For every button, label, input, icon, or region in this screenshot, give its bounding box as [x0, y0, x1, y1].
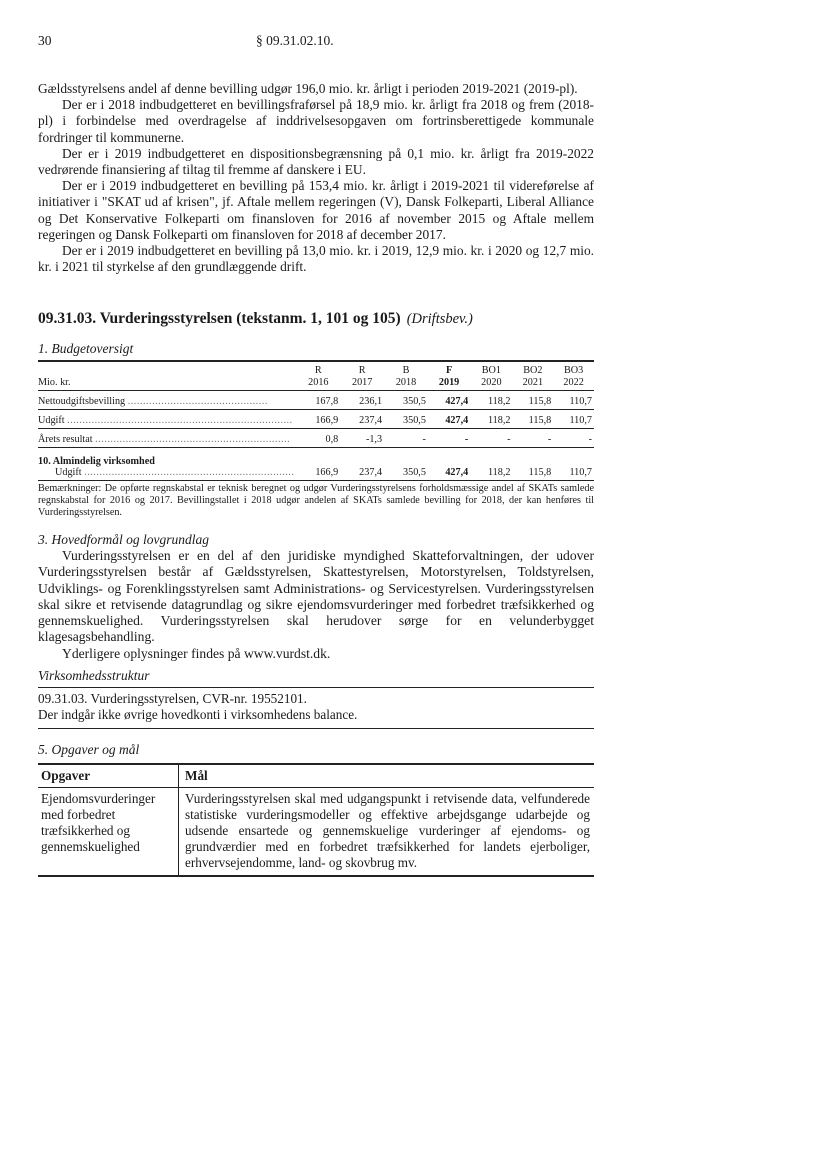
column-header: BO32022 [553, 361, 594, 391]
table-row-group: 10. Almindelig virksomhed Udgift .......… [38, 448, 594, 481]
cell-value: 118,2 [470, 448, 512, 481]
cell-value: 427,4 [428, 391, 470, 410]
structure-heading: Virksomhedsstruktur [38, 668, 150, 684]
group-title: 10. Almindelig virksomhed [38, 456, 294, 467]
cell-value: 236,1 [340, 391, 384, 410]
account-type-note: (Driftsbev.) [407, 311, 473, 327]
cell-value: - [512, 429, 553, 448]
intro-text: Gældsstyrelsens andel af denne bevilling… [38, 81, 594, 275]
cell-value: 350,5 [384, 391, 428, 410]
purpose-text: Vurderingsstyrelsen er en del af den jur… [38, 548, 594, 662]
budget-header-row: Mio. kr. R2016 R2017 B2018 F2019 BO12020… [38, 361, 594, 391]
table-row: Nettoudgiftsbevilling ..................… [38, 391, 594, 410]
cell-value: 427,4 [428, 410, 470, 429]
account-title: 09.31.03. Vurderingsstyrelsen (tekstanm.… [38, 310, 598, 328]
row-label: Årets resultat .........................… [38, 429, 296, 448]
task-cell: Ejendomsvurderinger med forbedret træfsi… [38, 788, 179, 877]
cell-value: 350,5 [384, 448, 428, 481]
structure-box: 09.31.03. Vurderingsstyrelsen, CVR-nr. 1… [38, 687, 594, 729]
column-header-goals: Mål [179, 764, 595, 788]
column-header: BO12020 [470, 361, 512, 391]
intro-paragraph: Der er i 2019 indbudgetteret en bevillin… [38, 178, 594, 243]
tasks-header-row: Opgaver Mål [38, 764, 594, 788]
budget-remarks: Bemærkninger: De opførte regnskabstal er… [38, 483, 594, 519]
cell-value: 166,9 [296, 448, 340, 481]
cell-value: 237,4 [340, 410, 384, 429]
cell-value: - [470, 429, 512, 448]
cell-value: 110,7 [553, 448, 594, 481]
purpose-heading: 3. Hovedformål og lovgrundlag [38, 532, 209, 548]
cell-value: 0,8 [296, 429, 340, 448]
cell-value: - [553, 429, 594, 448]
tasks-table: Opgaver Mål Ejendomsvurderinger med forb… [38, 763, 594, 877]
column-header: F2019 [428, 361, 470, 391]
cell-value: 115,8 [512, 410, 553, 429]
column-header: R2016 [296, 361, 340, 391]
row-label: Udgift .................................… [38, 410, 296, 429]
cell-value: 350,5 [384, 410, 428, 429]
goal-cell: Vurderingsstyrelsen skal med udgangspunk… [179, 788, 595, 877]
section-reference: § 09.31.02.10. [256, 33, 334, 49]
structure-line: Der indgår ikke øvrige hovedkonti i virk… [38, 707, 594, 723]
unit-label: Mio. kr. [38, 361, 296, 391]
intro-paragraph: Der er i 2019 indbudgetteret en bevillin… [38, 243, 594, 275]
cell-value: - [428, 429, 470, 448]
cell-value: 110,7 [553, 410, 594, 429]
row-label: 10. Almindelig virksomhed Udgift .......… [38, 448, 296, 481]
intro-paragraph: Gældsstyrelsens andel af denne bevilling… [38, 81, 594, 97]
column-header: BO22021 [512, 361, 553, 391]
purpose-paragraph: Vurderingsstyrelsen er en del af den jur… [38, 548, 594, 646]
cell-value: 427,4 [428, 448, 470, 481]
budget-table: Mio. kr. R2016 R2017 B2018 F2019 BO12020… [38, 360, 594, 481]
table-row: Ejendomsvurderinger med forbedret træfsi… [38, 788, 594, 877]
tasks-heading: 5. Opgaver og mål [38, 742, 139, 758]
table-row: Udgift .................................… [38, 410, 594, 429]
intro-paragraph: Der er i 2018 indbudgetteret en bevillin… [38, 97, 594, 146]
intro-paragraph: Der er i 2019 indbudgetteret en disposit… [38, 146, 594, 178]
page-number: 30 [38, 33, 52, 49]
cell-value: 167,8 [296, 391, 340, 410]
row-label: Nettoudgiftsbevilling ..................… [38, 391, 296, 410]
cell-value: 237,4 [340, 448, 384, 481]
cell-value: 166,9 [296, 410, 340, 429]
table-row: Årets resultat .........................… [38, 429, 594, 448]
column-header-tasks: Opgaver [38, 764, 179, 788]
cell-value: 118,2 [470, 410, 512, 429]
budget-heading: 1. Budgetoversigt [38, 341, 133, 357]
cell-value: 110,7 [553, 391, 594, 410]
column-header: B2018 [384, 361, 428, 391]
cell-value: 115,8 [512, 391, 553, 410]
column-header: R2017 [340, 361, 384, 391]
purpose-paragraph: Yderligere oplysninger findes på www.vur… [38, 646, 594, 662]
cell-value: 118,2 [470, 391, 512, 410]
structure-line: 09.31.03. Vurderingsstyrelsen, CVR-nr. 1… [38, 691, 594, 707]
account-title-text: 09.31.03. Vurderingsstyrelsen (tekstanm.… [38, 310, 401, 327]
cell-value: 115,8 [512, 448, 553, 481]
group-sub-label: Udgift .................................… [38, 467, 294, 478]
cell-value: - [384, 429, 428, 448]
cell-value: -1,3 [340, 429, 384, 448]
